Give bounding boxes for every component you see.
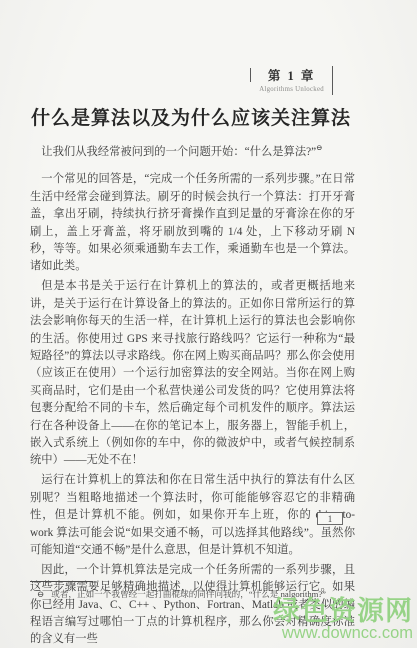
chapter-number: 第 1 章 bbox=[259, 66, 324, 84]
paragraph: 因此，一个计算机算法是完成一个任务所需的一系列步骤，且这些步骤需要足够精确地描述… bbox=[30, 562, 355, 648]
chapter-header: 第 1 章 Algorithms Unlocked bbox=[250, 66, 333, 95]
paragraph: 但是本书是关于运行在计算机上的算法的，或者更概括地来讲，是关于运行在计算设备上的… bbox=[30, 278, 355, 469]
chapter-header-text: 第 1 章 Algorithms Unlocked bbox=[251, 66, 332, 93]
footnote-divider bbox=[30, 581, 93, 582]
footnote-marker: ⊖ bbox=[37, 589, 44, 600]
book-title-english: Algorithms Unlocked bbox=[259, 86, 324, 93]
footnote-text: 或者，正如一个我曾经一起打曲棍球的同伴问我的，“什么是 nalgorithm?” bbox=[51, 589, 342, 600]
scanned-book-page: 第 1 章 Algorithms Unlocked 什么是算法以及为什么应该关注… bbox=[0, 0, 417, 648]
paragraph: 运行在计算机上的算法和你在日常生活中执行的算法有什么区别呢？当粗略地描述一个算法… bbox=[30, 472, 355, 559]
page-number: 1 bbox=[328, 514, 333, 524]
paragraph: 一个常见的回答是，“完成一个任务所需的一系列步骤。”在日常生活中经常会碰到算法。… bbox=[30, 171, 355, 275]
page-number-box: 1 bbox=[317, 512, 343, 525]
body-text: 让我们从我经常被问到的一个问题开始：“什么是算法?”⊖ 一个常见的回答是，“完成… bbox=[30, 144, 355, 648]
paragraph-text: 让我们从我经常被问到的一个问题开始：“什么是算法?” bbox=[41, 146, 316, 158]
paragraph: 让我们从我经常被问到的一个问题开始：“什么是算法?”⊖ bbox=[30, 144, 355, 161]
footnote: ⊖ 或者，正如一个我曾经一起打曲棍球的同伴问我的，“什么是 nalgorithm… bbox=[37, 589, 342, 600]
footnote-reference-mark: ⊖ bbox=[316, 143, 322, 152]
header-right-rule bbox=[332, 66, 333, 95]
chapter-title: 什么是算法以及为什么应该关注算法 bbox=[28, 103, 354, 130]
